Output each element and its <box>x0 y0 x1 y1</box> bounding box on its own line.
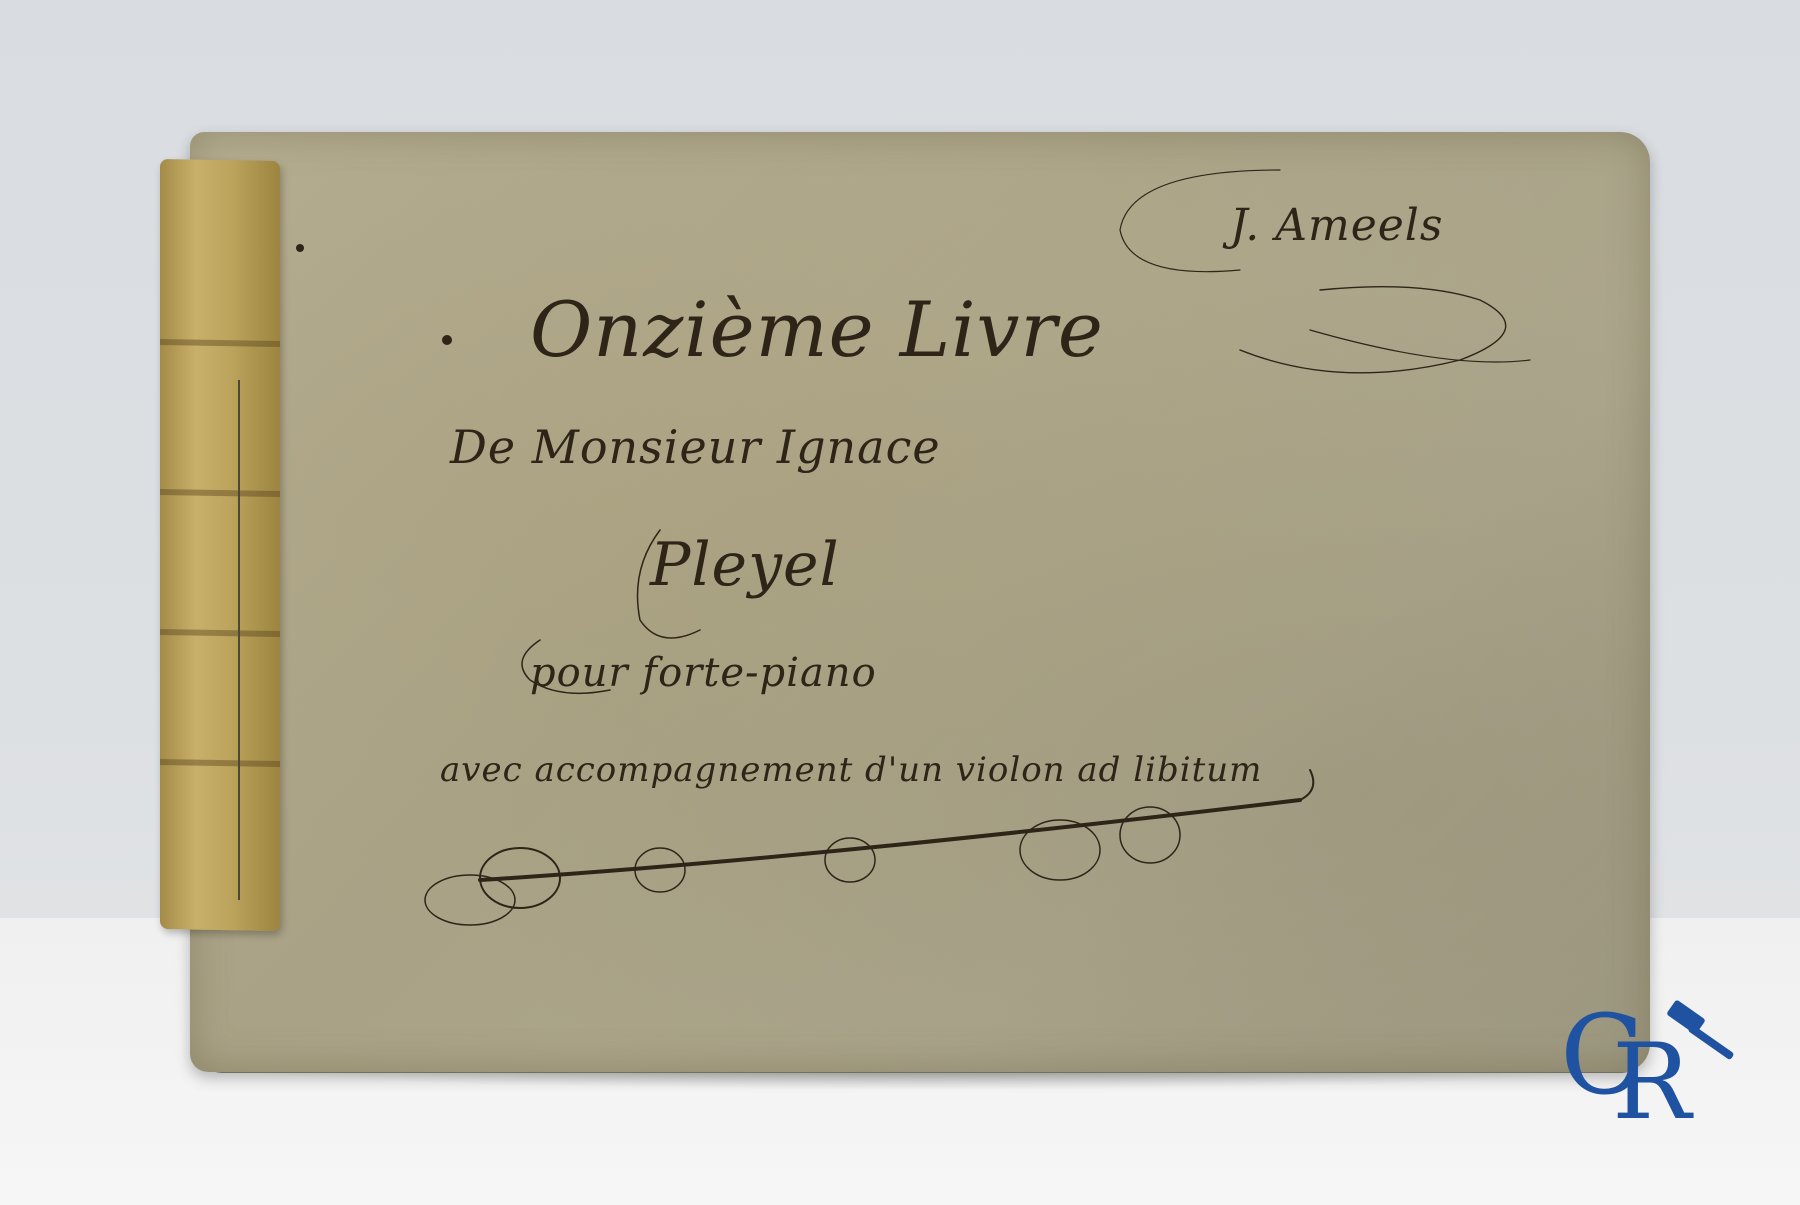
gavel-icon <box>1660 1000 1750 1070</box>
title-line-5: avec accompagnement d'un violon ad libit… <box>440 750 1262 790</box>
title-line-2: De Monsieur Ignace <box>450 420 941 474</box>
auction-house-logo: C R <box>1560 1000 1750 1130</box>
title-line-3: Pleyel <box>650 530 840 600</box>
binding-thread <box>238 380 240 900</box>
title-line-4: pour forte-piano <box>530 650 877 696</box>
title-line-1: Onzième Livre <box>530 285 1104 374</box>
manuscript-cover <box>190 132 1650 1072</box>
owner-signature: J. Ameels <box>1230 200 1443 251</box>
spine-parchment-tape <box>160 159 280 931</box>
